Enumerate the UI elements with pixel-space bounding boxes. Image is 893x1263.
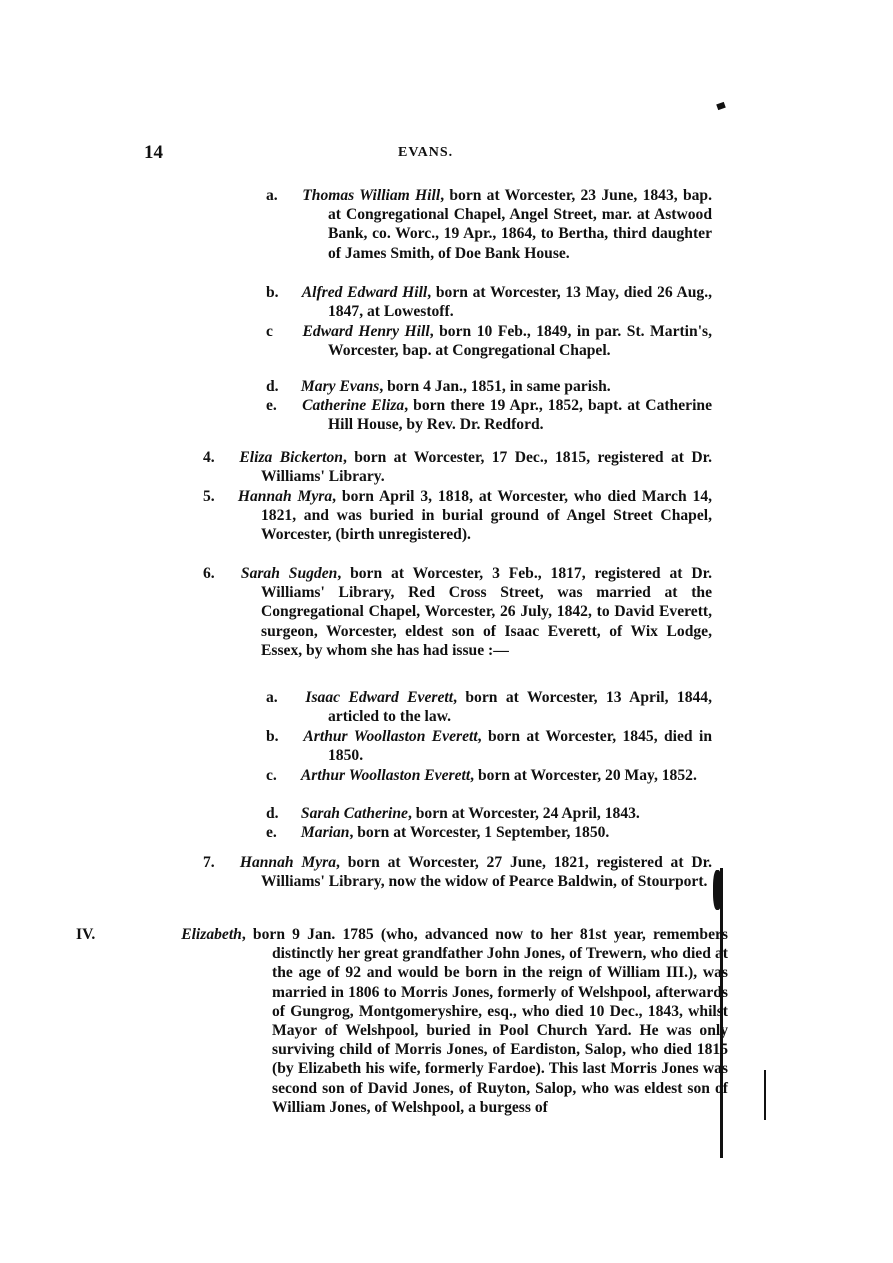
- entry-name: Marian: [301, 824, 350, 841]
- entry-isaac-edward-everett: a. Isaac Edward Everett, born at Worcest…: [270, 688, 712, 726]
- entry-sarah-sugden: 6. Sarah Sugden, born at Worcester, 3 Fe…: [232, 564, 712, 660]
- running-head: EVANS.: [398, 145, 453, 161]
- entry-name: Alfred Edward Hill: [302, 284, 428, 301]
- entry-eliza-bickerton: 4. Eliza Bickerton, born at Worcester, 1…: [232, 448, 712, 486]
- entry-text: , born at Worcester, 20 May, 1852.: [470, 767, 697, 784]
- entry-arthur-woollaston-everett-1845: b. Arthur Woollaston Everett, born at Wo…: [270, 727, 712, 765]
- entry-name: Isaac Edward Everett: [305, 689, 453, 706]
- entry-name: Mary Evans: [301, 378, 379, 395]
- entry-marian: e. Marian, born at Worcester, 1 Septembe…: [270, 823, 712, 842]
- entry-name: Hannah Myra: [238, 488, 332, 505]
- entry-name: Hannah Myra: [240, 854, 336, 871]
- entry-name: Sarah Catherine: [301, 805, 408, 822]
- entry-hannah-myra-1818: 5. Hannah Myra, born April 3, 1818, at W…: [232, 487, 712, 545]
- entry-mary-evans: d. Mary Evans, born 4 Jan., 1851, in sam…: [270, 377, 712, 396]
- entry-sarah-catherine: d. Sarah Catherine, born at Worcester, 2…: [270, 804, 712, 823]
- entry-name: Eliza Bickerton: [239, 449, 343, 466]
- entry-name: Arthur Woollaston Everett: [303, 728, 477, 745]
- entry-name: Thomas William Hill: [302, 187, 440, 204]
- entry-name: Edward Henry Hill: [303, 323, 430, 340]
- entry-catherine-eliza: e. Catherine Eliza, born there 19 Apr., …: [270, 396, 712, 434]
- entry-alfred-edward-hill: b. Alfred Edward Hill, born at Worcester…: [270, 283, 712, 321]
- corner-mark: [716, 102, 726, 110]
- margin-blot: [713, 870, 722, 910]
- page-number: 14: [144, 142, 163, 164]
- margin-line: [720, 868, 723, 1158]
- entry-hannah-myra-1821: 7. Hannah Myra, born at Worcester, 27 Ju…: [232, 853, 712, 891]
- margin-stroke: [764, 1070, 766, 1120]
- entry-thomas-william-hill: a. Thomas William Hill, born at Worceste…: [270, 186, 712, 263]
- entry-name: Catherine Eliza: [302, 397, 404, 414]
- entry-text: , born 4 Jan., 1851, in same parish.: [379, 378, 610, 395]
- entry-elizabeth: IV. Elizabeth, born 9 Jan. 1785 (who, ad…: [174, 925, 728, 1117]
- entry-name: Elizabeth: [181, 926, 242, 943]
- entry-arthur-woollaston-everett-1852: c. Arthur Woollaston Everett, born at Wo…: [270, 766, 712, 785]
- entry-text: , born 9 Jan. 1785 (who, advanced now to…: [242, 926, 728, 1116]
- entry-text: , born at Worcester, 1 September, 1850.: [349, 824, 609, 841]
- entry-name: Sarah Sugden: [241, 565, 337, 582]
- entry-name: Arthur Woollaston Everett: [301, 767, 470, 784]
- entry-text: , born at Worcester, 24 April, 1843.: [408, 805, 640, 822]
- entry-edward-henry-hill: c Edward Henry Hill, born 10 Feb., 1849,…: [270, 322, 712, 360]
